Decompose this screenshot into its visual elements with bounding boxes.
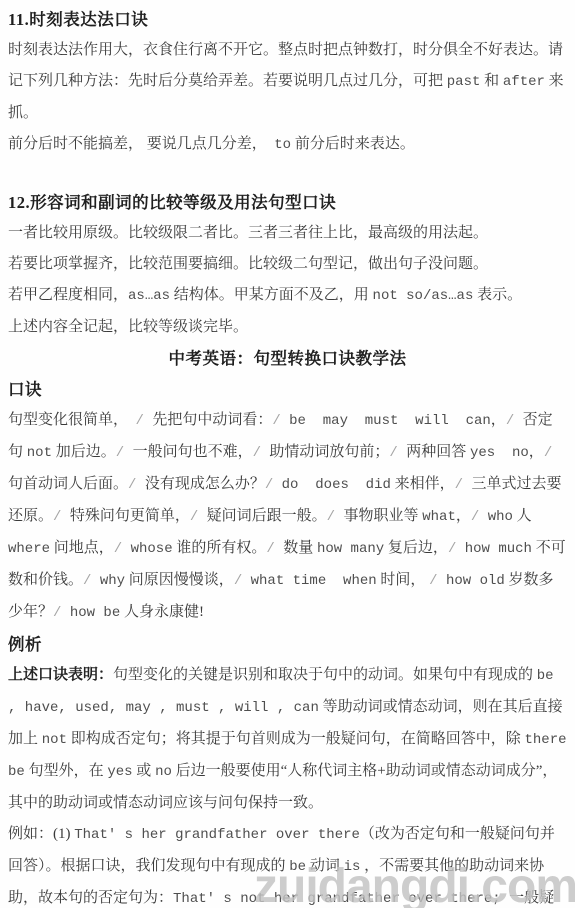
english-text: is: [344, 859, 361, 875]
paragraph: 句型变化很简单， / 先把句中动词看：/ be may must will ca…: [8, 405, 567, 629]
chinese-text: 问原因慢慢谈，: [125, 572, 234, 588]
paragraph: 一者比较用原级。比较级限二者比。三者三者往上比，最高级的用法起。: [8, 218, 567, 249]
english-text: whose: [131, 541, 173, 557]
paragraph: 上述口诀表明：句型变化的关键是识别和取决于句中的动词。如果句中有现成的 be ,…: [8, 660, 567, 819]
chinese-text: 先把句中动词看：: [152, 412, 272, 428]
slash-separator: /: [53, 605, 70, 621]
english-text: not: [27, 445, 52, 461]
slash-separator: /: [253, 445, 270, 461]
chinese-text: 结构体。甲某方面不及乙，用: [170, 287, 373, 303]
chinese-text: 加后边。: [52, 444, 116, 460]
slash-separator: /: [389, 445, 406, 461]
english-text: what time when: [251, 573, 377, 589]
slash-separator: /: [83, 573, 100, 589]
document-page: 11.时刻表达法口诀时刻表达法作用大，衣食住行离不开它。整点时把点钟数打，时分俱…: [0, 0, 575, 908]
article-title: 中考英语：句型转换口诀教学法: [8, 343, 567, 374]
chinese-text: 即构成否定句；将其提于句首则成为一般疑问句，在简略回答中，除: [67, 731, 525, 747]
chinese-text: 动词: [306, 858, 344, 874]
slash-separator: /: [506, 413, 523, 429]
english-text: where: [8, 541, 50, 557]
paragraph: 上述内容全记起，比较等级谈完毕。: [8, 312, 567, 343]
chinese-text: 上述内容全记起，比较等级谈完毕。: [8, 319, 248, 335]
english-text: no: [155, 764, 172, 780]
slash-separator: /: [114, 541, 131, 557]
english-text: yes no: [470, 445, 529, 461]
chinese-text: 复后边，: [384, 540, 448, 556]
paragraph: 若甲乙程度相同，as…as 结构体。甲某方面不及乙，用 not so/as…as…: [8, 280, 567, 312]
chinese-text: 疑问词后跟一般。: [207, 508, 327, 524]
english-text: as…as: [128, 288, 170, 304]
english-text: after: [503, 74, 545, 90]
chinese-text: 前分后时来表达。: [291, 136, 415, 152]
paragraph: 时刻表达法作用大，衣食住行离不开它。整点时把点钟数打，时分俱全不好表达。请记下列…: [8, 35, 567, 129]
slash-separator: /: [266, 541, 283, 557]
chinese-text: 前分后时不能搞差， 要说几点几分差，: [8, 136, 274, 152]
paragraph: 若要比项掌握齐，比较范围要搞细。比较级二句型记，做出句子没问题。: [8, 249, 567, 280]
paragraph: 例如：(1) That' s her grandfather over ther…: [8, 819, 567, 908]
english-text: how be: [70, 605, 120, 621]
section-heading: 口诀: [8, 374, 567, 405]
chinese-text: 事物职业等: [343, 508, 422, 524]
slash-separator: /: [190, 509, 207, 525]
english-text: not: [42, 732, 67, 748]
slash-separator: /: [327, 509, 344, 525]
english-text: be: [289, 859, 306, 875]
chinese-text: 一者比较用原级。比较级限二者比。三者三者往上比，最高级的用法起。: [8, 225, 488, 241]
chinese-text: 句首动词人后面。: [8, 476, 128, 492]
chinese-text: 一般问句也不难，: [133, 444, 253, 460]
chinese-text: 助情动词放句前；: [269, 444, 389, 460]
english-text: why: [100, 573, 125, 589]
chinese-text: 时间，: [377, 572, 430, 588]
slash-separator: /: [272, 413, 289, 429]
chinese-text: ，: [456, 508, 471, 524]
english-text: past: [447, 74, 481, 90]
chinese-text: 数量: [283, 540, 317, 556]
chinese-text: 两种回答: [406, 444, 470, 460]
chinese-text: 谁的所有权。: [173, 540, 267, 556]
chinese-text: 人身永康健!: [120, 604, 204, 620]
english-text: That' s her grandfather over there: [74, 827, 360, 843]
chinese-text: 句型变化的关键是识别和取决于句中的动词。如果句中有现成的: [113, 667, 537, 683]
english-text: how old: [446, 573, 505, 589]
chinese-text: 没有现成怎么办？: [145, 476, 265, 492]
section-heading: 11.时刻表达法口诀: [8, 4, 567, 35]
chinese-text: 若甲乙程度相同，: [8, 287, 128, 303]
chinese-text: 若要比项掌握齐，比较范围要搞细。比较级二句型记，做出句子没问题。: [8, 256, 488, 272]
chinese-text: 来相伴，: [391, 476, 455, 492]
chinese-text: ，: [529, 444, 544, 460]
slash-separator: /: [471, 509, 488, 525]
english-text: That' s not her grandfather over there;: [173, 891, 509, 907]
english-text: yes: [107, 764, 132, 780]
chinese-text: 例如：(1): [8, 826, 74, 842]
section-heading: 例析: [8, 629, 567, 660]
chinese-text: 特殊问句更简单，: [70, 508, 190, 524]
english-text: how much: [465, 541, 532, 557]
chinese-text: ，: [491, 412, 506, 428]
english-text: who: [488, 509, 513, 525]
english-text: be may must will can: [289, 413, 491, 429]
english-text: what: [422, 509, 456, 525]
slash-separator: /: [136, 413, 153, 429]
slash-separator: /: [429, 573, 446, 589]
chinese-text: 表示。: [473, 287, 522, 303]
english-text: not so/as…as: [373, 288, 474, 304]
slash-separator: /: [116, 445, 133, 461]
chinese-text: 句型变化很简单，: [8, 412, 136, 428]
section-heading: 12.形容词和副词的比较等级及用法句型口诀: [8, 187, 567, 218]
slash-separator: /: [234, 573, 251, 589]
slash-separator: /: [53, 509, 70, 525]
slash-separator: /: [544, 445, 561, 461]
paragraph: 前分后时不能搞差， 要说几点几分差， to 前分后时来表达。: [8, 129, 567, 161]
chinese-text: 句型外，在: [25, 763, 108, 779]
slash-separator: /: [448, 541, 465, 557]
chinese-text: 问地点，: [50, 540, 114, 556]
slash-separator: /: [128, 477, 145, 493]
slash-separator: /: [455, 477, 472, 493]
chinese-text: 一般疑: [509, 890, 554, 906]
document-body: 11.时刻表达法口诀时刻表达法作用大，衣食住行离不开它。整点时把点钟数打，时分俱…: [0, 0, 575, 908]
english-text: to: [274, 137, 291, 153]
english-text: how many: [317, 541, 384, 557]
chinese-text: 人: [513, 508, 536, 524]
slash-separator: /: [265, 477, 282, 493]
bold-lead-text: 上述口诀表明：: [8, 667, 113, 683]
chinese-text: 或: [133, 763, 156, 779]
chinese-text: 和: [480, 73, 503, 89]
english-text: do does did: [282, 477, 391, 493]
